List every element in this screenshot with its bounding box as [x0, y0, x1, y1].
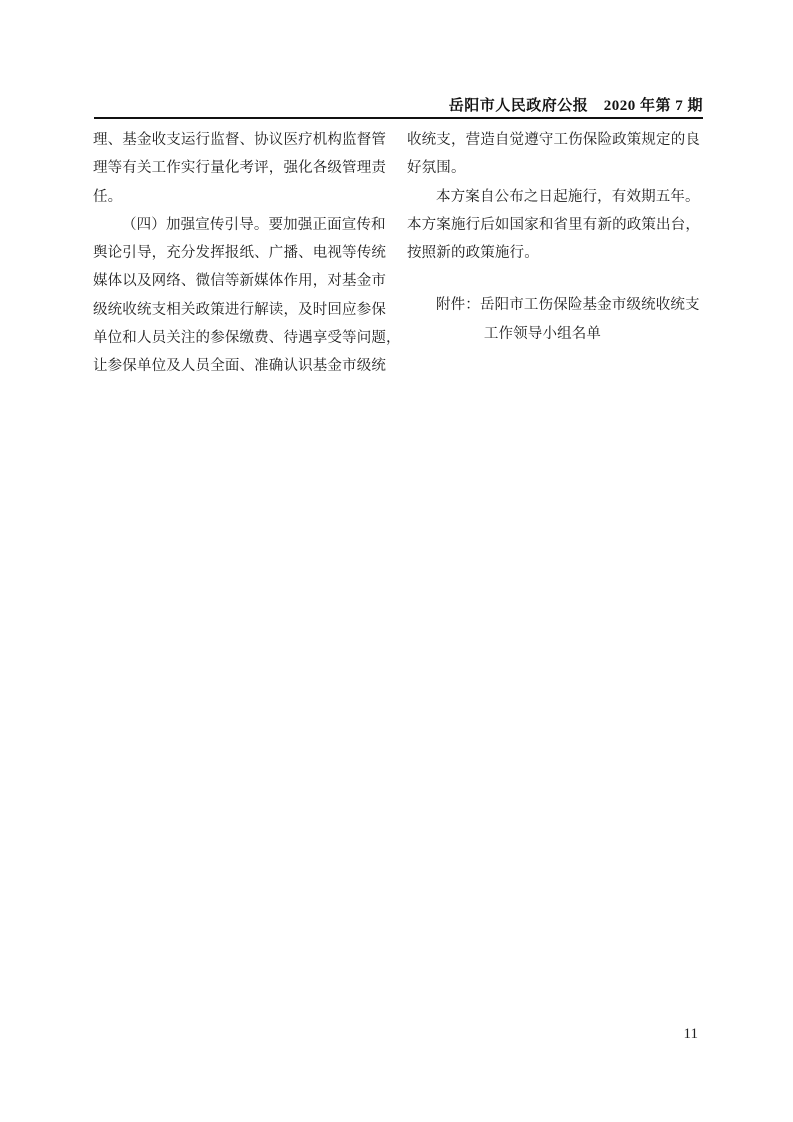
attachment-block: 附件：岳阳市工伤保险基金市级统收统支 工作领导小组名单 [407, 291, 703, 348]
attachment-title-line-2: 工作领导小组名单 [407, 320, 703, 348]
left-column: 理、基金收支运行监督、协议医疗机构监督管 理等有关工作实行量化考评，强化各级管理… [93, 126, 389, 381]
document-page: 岳阳市人民政府公报 2020 年第 7 期 理、基金收支运行监督、协议医疗机构监… [0, 0, 793, 1122]
text-line: 理等有关工作实行量化考评，强化各级管理责 [93, 154, 389, 182]
paragraph-start-line: 本方案自公布之日起施行，有效期五年。 [407, 183, 703, 211]
text-line: 单位和人员关注的参保缴费、待遇享受等问题， [93, 324, 389, 352]
right-column: 收统支，营造自觉遵守工伤保险政策规定的良 好氛围。 本方案自公布之日起施行，有效… [407, 126, 703, 348]
text-line: 媒体以及网络、微信等新媒体作用，对基金市 [93, 267, 389, 295]
gazette-header-title: 岳阳市人民政府公报 2020 年第 7 期 [93, 98, 703, 114]
text-line: 任。 [93, 183, 389, 211]
text-line: 让参保单位及人员全面、准确认识基金市级统 [93, 352, 389, 380]
paragraph-start-line: （四）加强宣传引导。要加强正面宣传和 [93, 211, 389, 239]
text-line: 好氛围。 [407, 154, 703, 182]
text-line: 理、基金收支运行监督、协议医疗机构监督管 [93, 126, 389, 154]
header-rule [94, 117, 703, 119]
text-line: 本方案施行后如国家和省里有新的政策出台， [407, 211, 703, 239]
text-line: 收统支，营造自觉遵守工伤保险政策规定的良 [407, 126, 703, 154]
text-line: 按照新的政策施行。 [407, 239, 703, 267]
text-line: 级统收统支相关政策进行解读，及时回应参保 [93, 296, 389, 324]
page-number: 11 [603, 1026, 698, 1042]
text-line: 舆论引导，充分发挥报纸、广播、电视等传统 [93, 239, 389, 267]
attachment-title-line: 附件：岳阳市工伤保险基金市级统收统支 [407, 291, 703, 319]
